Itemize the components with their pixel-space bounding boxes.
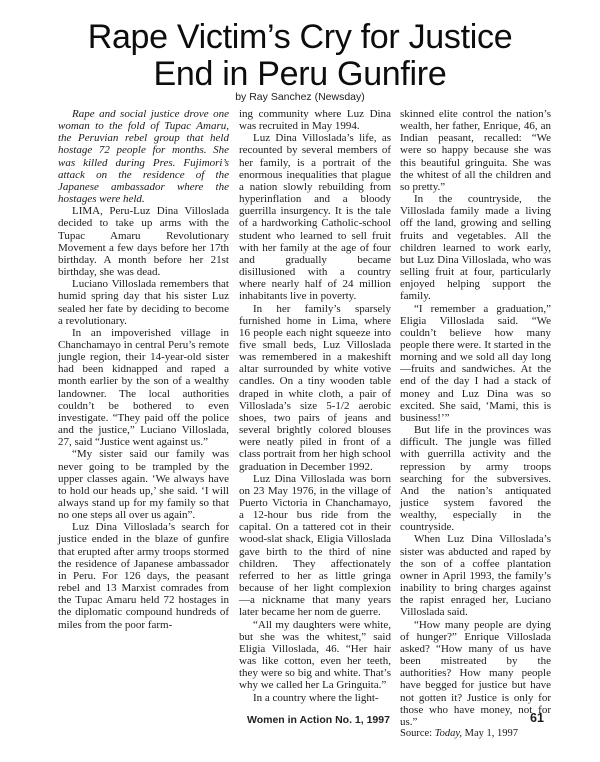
article-title-line1: Rape Victim’s Cry for Justice <box>0 19 600 56</box>
paragraph: LIMA, Peru-Luz Dina Villoslada decided t… <box>58 205 229 278</box>
paragraph: Luz Dina Villoslada’s life, as recounted… <box>239 132 391 302</box>
paragraph: “I remember a graduation,” Eligia Villos… <box>400 303 551 425</box>
source-note: Source: Today, May 1, 1997 <box>400 728 551 740</box>
paragraph: In the countryside, the Villoslada famil… <box>400 193 551 302</box>
paragraph: Luz Dina Villoslada’s search for justice… <box>58 521 229 630</box>
article-column-3: skinned elite control the nation’s wealt… <box>400 108 551 740</box>
paragraph-continuation: skinned elite control the nation’s wealt… <box>400 108 551 193</box>
paragraph: But life in the provinces was difficult.… <box>400 424 551 533</box>
magazine-page: Rape Victim’s Cry for Justice End in Per… <box>0 0 600 762</box>
paragraph: When Luz Dina Villoslada’s sister was ab… <box>400 533 551 618</box>
source-publication: Today, <box>435 728 462 739</box>
paragraph: Luciano Villoslada remembers that humid … <box>58 278 229 327</box>
paragraph: In an impoverished village in Chanchamay… <box>58 327 229 449</box>
article-column-1: Rape and social justice drove one woman … <box>58 108 229 631</box>
lead-paragraph: Rape and social justice drove one woman … <box>58 108 229 205</box>
paragraph: “My sister said our family was never goi… <box>58 448 229 521</box>
paragraph: In her family’s sparsely furnished home … <box>239 303 391 473</box>
article-column-2: ing community where Luz Dina was recruit… <box>239 108 391 704</box>
article-title: Rape Victim’s Cry for Justice End in Per… <box>0 19 600 93</box>
page-number: 61 <box>530 711 544 725</box>
paragraph: “How many people are dying of hunger?” E… <box>400 619 551 728</box>
source-date: May 1, 1997 <box>465 728 518 739</box>
journal-footer: Women in Action No. 1, 1997 <box>247 714 390 726</box>
paragraph: In a country where the light- <box>239 692 391 704</box>
article-byline: by Ray Sanchez (Newsday) <box>0 91 600 103</box>
paragraph-continuation: ing community where Luz Dina was recruit… <box>239 108 391 132</box>
paragraph: “All my daughters were white, but she wa… <box>239 619 391 692</box>
paragraph: Luz Dina Villoslada was born on 23 May 1… <box>239 473 391 619</box>
article-title-line2: End in Peru Gunfire <box>0 56 600 93</box>
source-label: Source: <box>400 728 432 739</box>
